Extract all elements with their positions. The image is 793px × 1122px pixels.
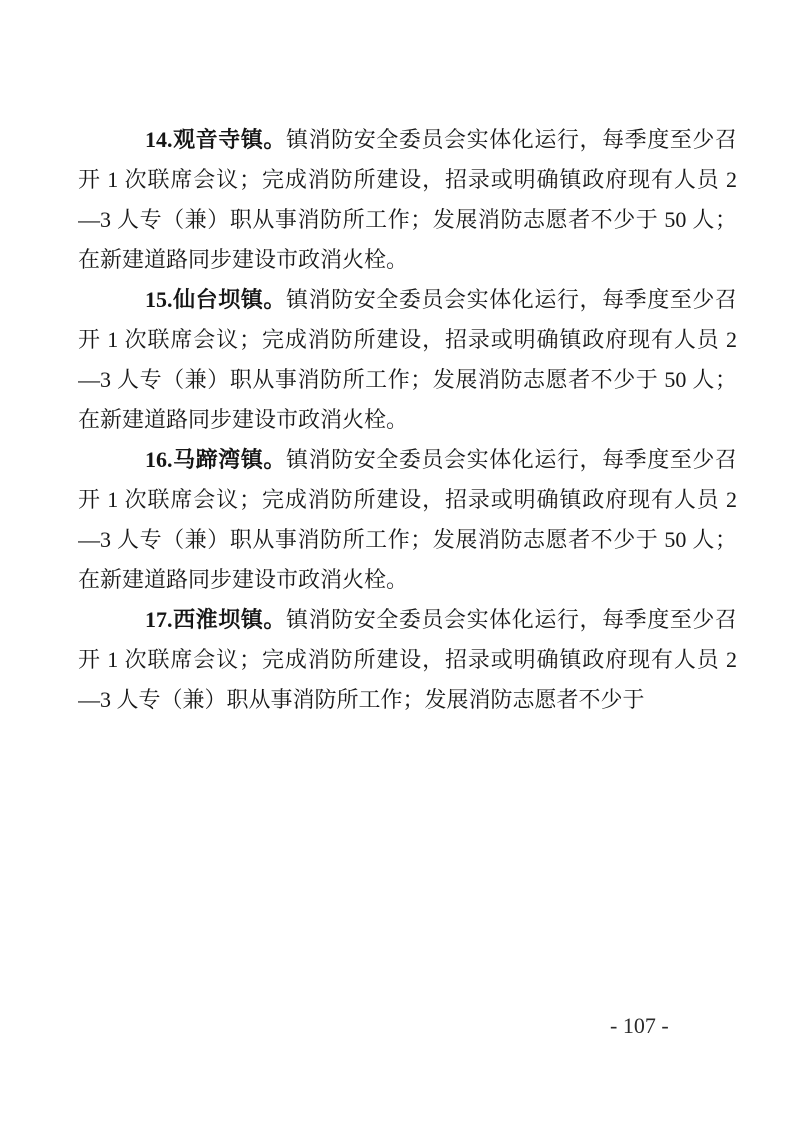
document-page: 14.观音寺镇。镇消防安全委员会实体化运行，每季度至少召开 1 次联席会议；完成… xyxy=(0,0,793,1122)
section-heading: 14.观音寺镇。 xyxy=(145,127,286,152)
paragraph-line: 开 1 次联席会议；完成消防所建设，招录或明确镇政府现有人员 2 xyxy=(78,640,737,680)
paragraph-line: —3 人专（兼）职从事消防所工作；发展消防志愿者不少于 50 人； xyxy=(78,520,737,560)
section-heading: 16.马蹄湾镇。 xyxy=(145,447,286,472)
document-body: 14.观音寺镇。镇消防安全委员会实体化运行，每季度至少召开 1 次联席会议；完成… xyxy=(78,120,737,720)
paragraph-line: 在新建道路同步建设市政消火栓。 xyxy=(78,560,737,600)
paragraph-line: 在新建道路同步建设市政消火栓。 xyxy=(78,240,737,280)
paragraph-first-line: 16.马蹄湾镇。镇消防安全委员会实体化运行，每季度至少召 xyxy=(78,440,737,480)
section-heading: 17.西淮坝镇。 xyxy=(145,607,286,632)
section-heading: 15.仙台坝镇。 xyxy=(145,287,286,312)
paragraph-first-line: 17.西淮坝镇。镇消防安全委员会实体化运行，每季度至少召 xyxy=(78,600,737,640)
paragraph-line: 开 1 次联席会议；完成消防所建设，招录或明确镇政府现有人员 2 xyxy=(78,480,737,520)
paragraph-first-line: 15.仙台坝镇。镇消防安全委员会实体化运行，每季度至少召 xyxy=(78,280,737,320)
paragraph-first-line: 14.观音寺镇。镇消防安全委员会实体化运行，每季度至少召 xyxy=(78,120,737,160)
paragraph-line: 开 1 次联席会议；完成消防所建设，招录或明确镇政府现有人员 2 xyxy=(78,320,737,360)
paragraph-line: 开 1 次联席会议；完成消防所建设，招录或明确镇政府现有人员 2 xyxy=(78,160,737,200)
page-number: - 107 - xyxy=(610,1012,669,1040)
paragraph-line: —3 人专（兼）职从事消防所工作；发展消防志愿者不少于 50 人； xyxy=(78,200,737,240)
paragraph-line: 在新建道路同步建设市政消火栓。 xyxy=(78,400,737,440)
paragraph-line: —3 人专（兼）职从事消防所工作；发展消防志愿者不少于 xyxy=(78,680,737,720)
paragraph-line: —3 人专（兼）职从事消防所工作；发展消防志愿者不少于 50 人； xyxy=(78,360,737,400)
